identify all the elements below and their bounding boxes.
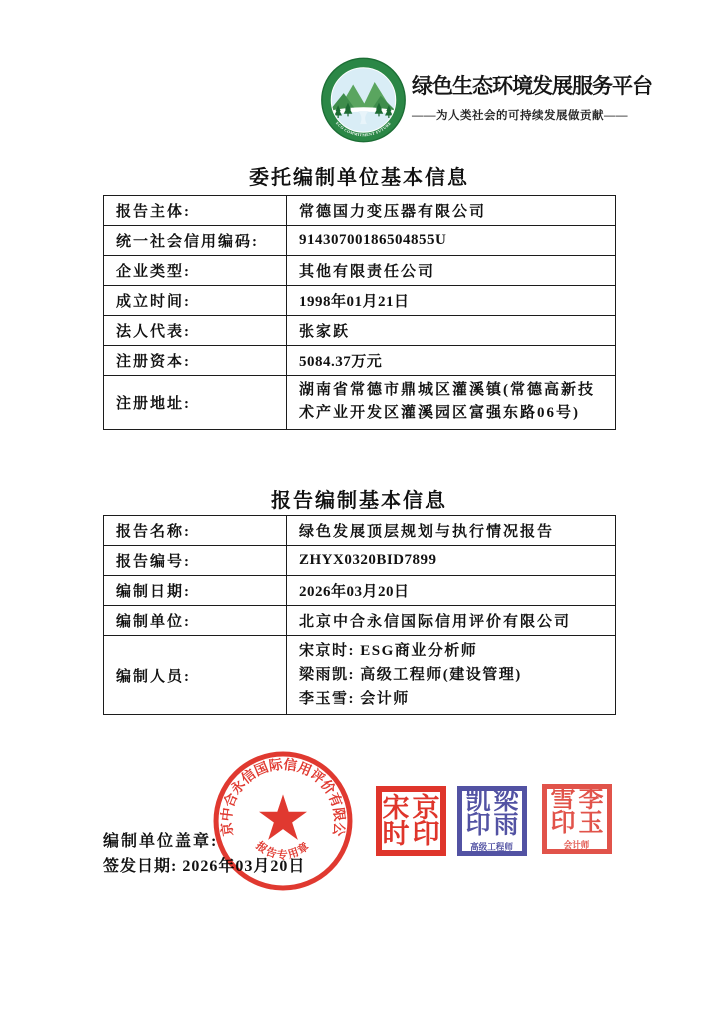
seal-char: 印 (413, 821, 440, 847)
svg-text:报告专用章: 报告专用章 (253, 838, 312, 861)
table-row: 企业类型: 其他有限责任公司 (104, 256, 616, 286)
seal-char: 雨 (494, 814, 519, 839)
seal-characters: 雪 李 印 玉 (550, 788, 603, 837)
seal-char: 时 (383, 821, 410, 847)
personal-seal-li: 雪 李 印 玉 会计师 (542, 784, 612, 854)
field-label: 成立时间: (104, 286, 287, 316)
issue-date-label: 签发日期: (103, 858, 177, 875)
commissioning-unit-table: 报告主体: 常德国力变压器有限公司 统一社会信用编码: 914307001865… (103, 195, 616, 430)
company-round-seal-icon: 北京中合永信国际信用评价有限公司 报告专用章 (211, 749, 355, 893)
unit-stamp-label: 编制单位盖章: (103, 828, 218, 851)
seal-char: 印 (550, 812, 575, 837)
seal-char: 梁 (494, 790, 519, 815)
table-row: 统一社会信用编码: 91430700186504855U (104, 226, 616, 256)
field-label: 注册地址: (104, 376, 287, 430)
field-label: 统一社会信用编码: (104, 226, 287, 256)
personal-seal-liang: 凯 梁 印 雨 高级工程师 (457, 786, 527, 856)
personnel-line: 李玉雪: 会计师 (299, 687, 607, 711)
field-value: 绿色发展顶层规划与执行情况报告 (287, 516, 616, 546)
table-row: 编制单位: 北京中合永信国际信用评价有限公司 (104, 606, 616, 636)
seal-char: 李 (579, 788, 604, 813)
section2-title: 报告编制基本信息 (0, 484, 718, 513)
table-row: 编制日期: 2026年03月20日 (104, 576, 616, 606)
platform-tagline: ——为人类社会的可持续发展做贡献—— (412, 107, 634, 123)
seal-characters: 凯 梁 印 雨 (465, 790, 518, 839)
seal-subtitle: 会计师 (564, 838, 590, 851)
round-seal-caption-text: 报告专用章 (253, 838, 312, 861)
seal-char: 雪 (550, 788, 575, 813)
field-value-personnel: 宋京时: ESG商业分析师 梁雨凯: 高级工程师(建设管理) 李玉雪: 会计师 (287, 636, 616, 715)
personnel-line: 梁雨凯: 高级工程师(建设管理) (299, 663, 607, 687)
table-row: 注册地址: 湖南省常德市鼎城区灌溪镇(常德高新技术产业开发区灌溪园区富强东路06… (104, 376, 616, 430)
field-label: 报告编号: (104, 546, 287, 576)
field-label: 企业类型: (104, 256, 287, 286)
field-value: 1998年01月21日 (287, 286, 616, 316)
seal-char: 凯 (465, 790, 490, 815)
seal-char: 宋 (383, 795, 410, 821)
field-value: 北京中合永信国际信用评价有限公司 (287, 606, 616, 636)
field-label: 编制人员: (104, 636, 287, 715)
platform-header: 绿色生态环境发展服务平台 ——为人类社会的可持续发展做贡献—— (412, 70, 634, 123)
table-row: 报告编号: ZHYX0320BID7899 (104, 546, 616, 576)
field-label: 报告主体: (104, 196, 287, 226)
seal-characters: 宋 京 时 印 (383, 795, 440, 848)
field-label: 编制日期: (104, 576, 287, 606)
seal-char: 玉 (579, 812, 604, 837)
field-label: 注册资本: (104, 346, 287, 376)
platform-logo-icon: 绿色生态环境发展服务平台 ECO COMMITMENT FUTURE (320, 57, 407, 143)
table-row: 编制人员: 宋京时: ESG商业分析师 梁雨凯: 高级工程师(建设管理) 李玉雪… (104, 636, 616, 715)
table-row: 报告名称: 绿色发展顶层规划与执行情况报告 (104, 516, 616, 546)
seal-char: 印 (465, 814, 490, 839)
seal-star-icon (259, 794, 307, 840)
table-row: 成立时间: 1998年01月21日 (104, 286, 616, 316)
seal-char: 京 (413, 795, 440, 821)
platform-title: 绿色生态环境发展服务平台 (412, 70, 634, 100)
section1-title: 委托编制单位基本信息 (0, 161, 718, 190)
field-value: 5084.37万元 (287, 346, 616, 376)
field-value: 2026年03月20日 (287, 576, 616, 606)
field-label: 编制单位: (104, 606, 287, 636)
table-row: 注册资本: 5084.37万元 (104, 346, 616, 376)
report-info-table: 报告名称: 绿色发展顶层规划与执行情况报告 报告编号: ZHYX0320BID7… (103, 515, 616, 715)
table-row: 法人代表: 张家跃 (104, 316, 616, 346)
field-value: 湖南省常德市鼎城区灌溪镇(常德高新技术产业开发区灌溪园区富强东路06号) (287, 376, 616, 430)
personnel-line: 宋京时: ESG商业分析师 (299, 639, 607, 663)
field-value: ZHYX0320BID7899 (287, 546, 616, 576)
report-cover-page: 绿色生态环境发展服务平台 ECO COMMITMENT FUTURE 绿色生态环… (0, 0, 718, 1015)
field-value: 张家跃 (287, 316, 616, 346)
seal-subtitle: 高级工程师 (471, 840, 514, 853)
field-value: 其他有限责任公司 (287, 256, 616, 286)
field-value: 91430700186504855U (287, 226, 616, 256)
field-value: 常德国力变压器有限公司 (287, 196, 616, 226)
personal-seal-song: 宋 京 时 印 (376, 786, 446, 856)
field-label: 报告名称: (104, 516, 287, 546)
table-row: 报告主体: 常德国力变压器有限公司 (104, 196, 616, 226)
field-label: 法人代表: (104, 316, 287, 346)
